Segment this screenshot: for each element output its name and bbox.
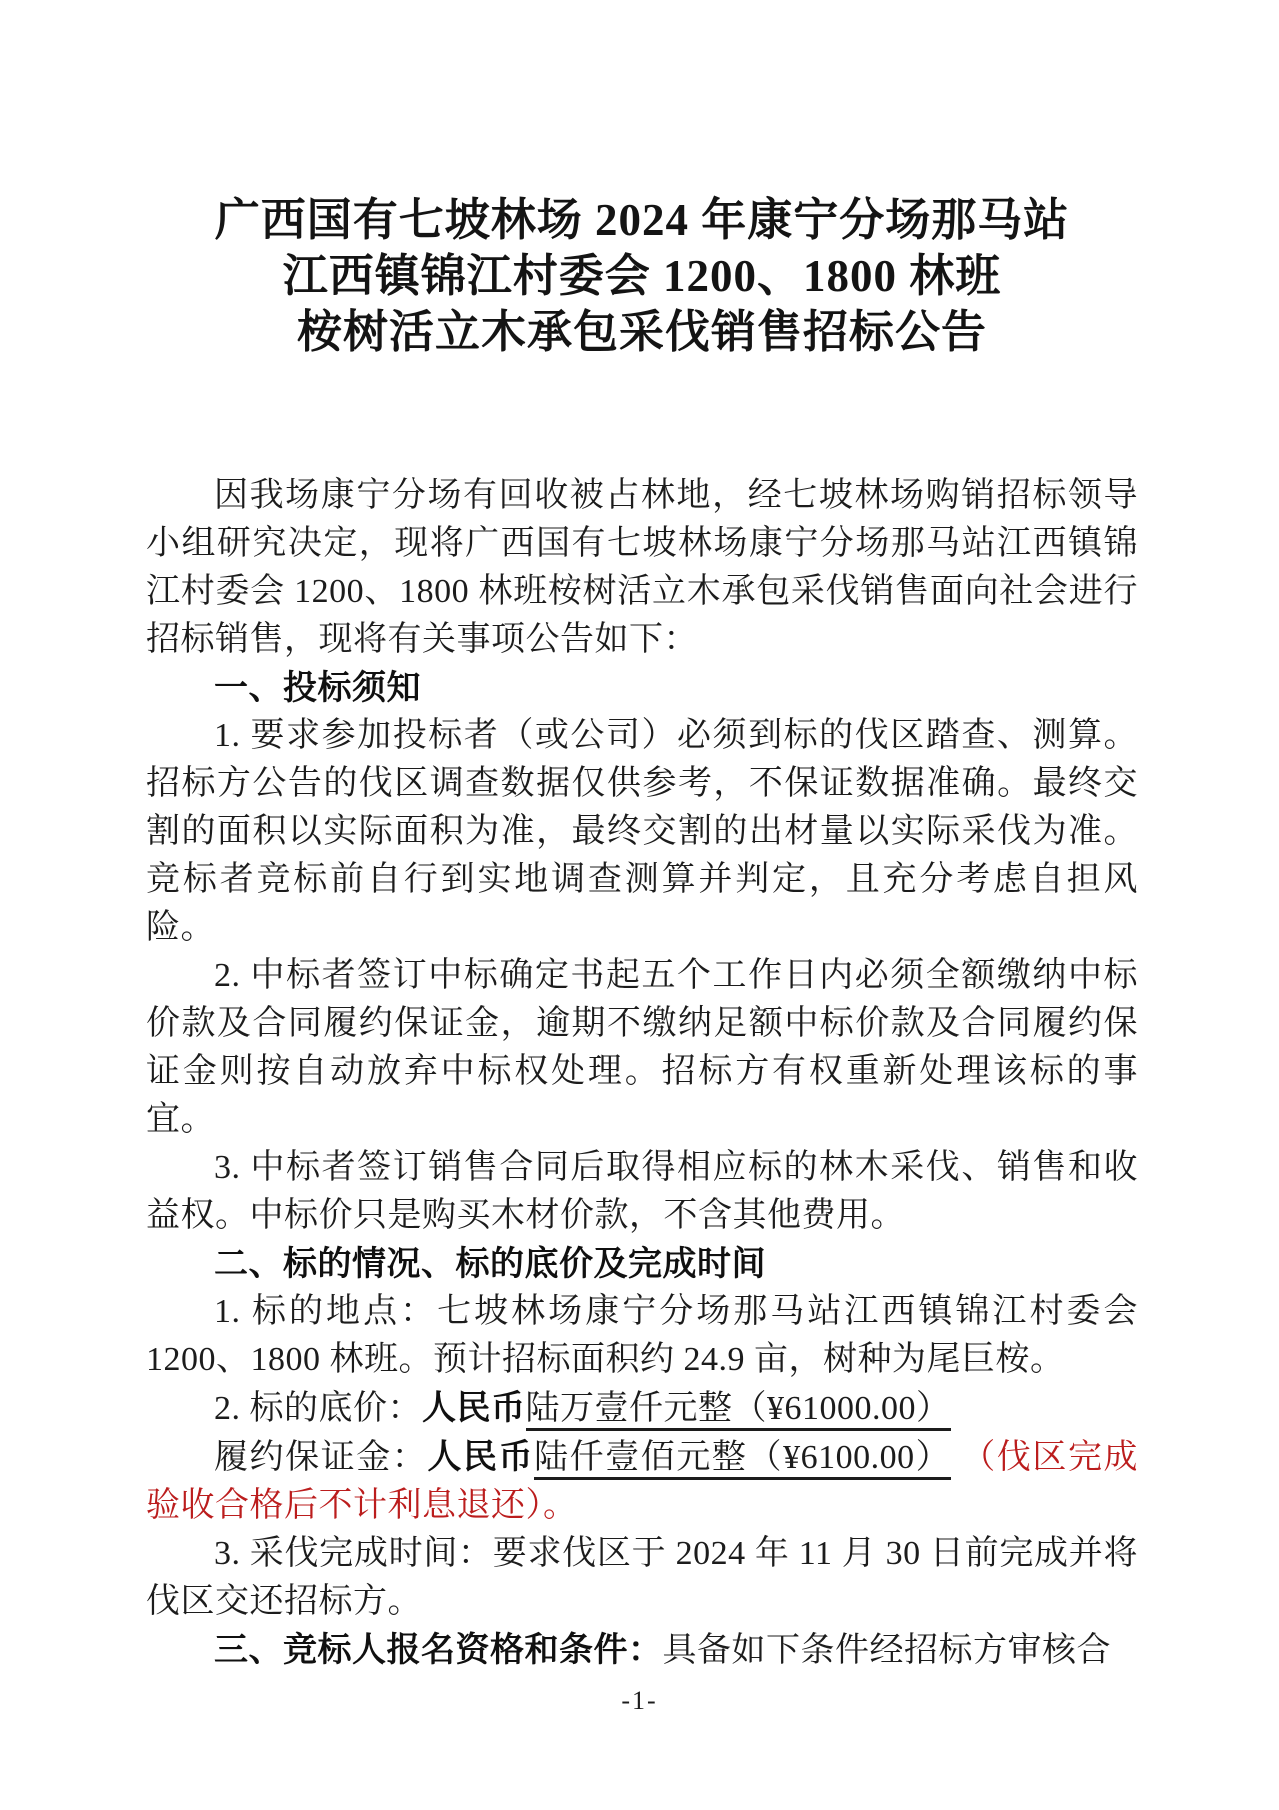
title-line-1: 广西国有七坡林场 2024 年康宁分场那马站	[146, 192, 1138, 248]
section-1-heading: 一、投标须知	[146, 664, 1138, 712]
section-3-paragraph: 三、竞标人报名资格和条件：具备如下条件经招标方审核合	[146, 1626, 1138, 1675]
section-3-heading: 三、竞标人报名资格和条件：	[214, 1631, 663, 1669]
section-1-item-3: 3. 中标者签订销售合同后取得相应标的林木采伐、销售和收益权。中标价只是购买木材…	[146, 1144, 1138, 1240]
title-line-2: 江西镇锦江村委会 1200、1800 林班	[146, 248, 1138, 304]
deposit-label: 履约保证金：	[214, 1439, 427, 1476]
section-1-item-2: 2. 中标者签订中标确定书起五个工作日内必须全额缴纳中标价款及合同履约保证金，逾…	[146, 952, 1138, 1144]
section-2-heading: 二、标的情况、标的底价及完成时间	[146, 1240, 1138, 1288]
section-2-location-item: 1. 标的地点：七坡林场康宁分场那马站江西镇锦江村委会 1200、1800 林班…	[146, 1288, 1138, 1384]
section-1-item-1: 1. 要求参加投标者（或公司）必须到标的伐区踏查、测算。招标方公告的伐区调查数据…	[146, 712, 1138, 952]
reserve-price-currency: 人民币	[422, 1389, 526, 1427]
section-2-deposit-item: 履约保证金：人民币陆仟壹佰元整（¥6100.00） （伐区完成验收合格后不计利息…	[146, 1433, 1138, 1530]
document-title: 广西国有七坡林场 2024 年康宁分场那马站 江西镇锦江村委会 1200、180…	[146, 192, 1138, 360]
reserve-price-amount: 陆万壹仟元整（¥61000.00）	[526, 1390, 951, 1431]
deposit-currency: 人民币	[427, 1438, 534, 1476]
document-body: 因我场康宁分场有回收被占林地，经七坡林场购销招标领导小组研究决定，现将广西国有七…	[146, 472, 1138, 1675]
intro-paragraph: 因我场康宁分场有回收被占林地，经七坡林场购销招标领导小组研究决定，现将广西国有七…	[146, 472, 1138, 664]
document-page: 广西国有七坡林场 2024 年康宁分场那马站 江西镇锦江村委会 1200、180…	[0, 0, 1279, 1810]
section-3-text: 具备如下条件经招标方审核合	[663, 1632, 1112, 1669]
page-content: 广西国有七坡林场 2024 年康宁分场那马站 江西镇锦江村委会 1200、180…	[146, 192, 1138, 1675]
reserve-price-label: 2. 标的底价：	[214, 1390, 422, 1427]
section-2-completion-item: 3. 采伐完成时间：要求伐区于 2024 年 11 月 30 日前完成并将伐区交…	[146, 1530, 1138, 1626]
deposit-amount: 陆仟壹佰元整（¥6100.00）	[534, 1439, 951, 1480]
title-line-3: 桉树活立木承包采伐销售招标公告	[146, 304, 1138, 360]
section-2-reserve-price-item: 2. 标的底价：人民币陆万壹仟元整（¥61000.00）	[146, 1384, 1138, 1433]
page-number: -1-	[0, 1686, 1279, 1716]
